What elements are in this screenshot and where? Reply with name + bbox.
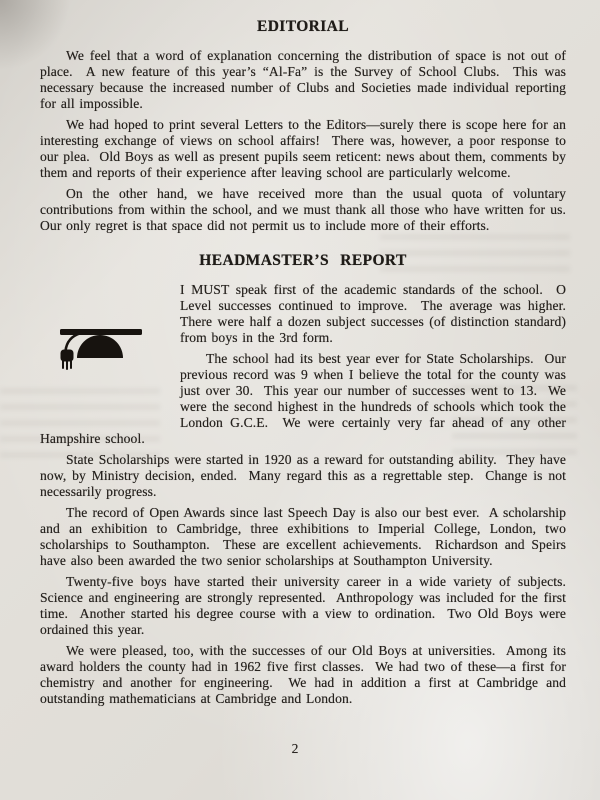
report-paragraph: The record of Open Awards since last Spe…: [40, 505, 566, 569]
headmasters-report-heading: HEADMASTER’S REPORT: [40, 252, 566, 270]
editorial-paragraph: On the other hand, we have received more…: [40, 186, 566, 234]
headmasters-report-section: HEADMASTER’S REPORT I MUST speak first o…: [40, 252, 566, 712]
graduation-cap-icon: [60, 326, 165, 378]
report-illustration-container: [40, 282, 180, 416]
report-paragraph: We were pleased, too, with the successes…: [40, 643, 566, 707]
page-body: EDITORIAL We feel that a word of explana…: [0, 0, 600, 800]
report-paragraph: State Scholarships were started in 1920 …: [40, 452, 566, 500]
scanned-magazine-page: { "page": { "number": "2" }, "colors": {…: [0, 0, 600, 800]
editorial-paragraph: We feel that a word of explanation conce…: [40, 48, 566, 112]
editorial-heading: EDITORIAL: [40, 18, 566, 36]
editorial-paragraph: We had hoped to print several Letters to…: [40, 117, 566, 181]
editorial-section: EDITORIAL We feel that a word of explana…: [40, 18, 566, 234]
report-paragraph: Twenty-five boys have started their univ…: [40, 574, 566, 638]
page-number: 2: [0, 741, 590, 757]
